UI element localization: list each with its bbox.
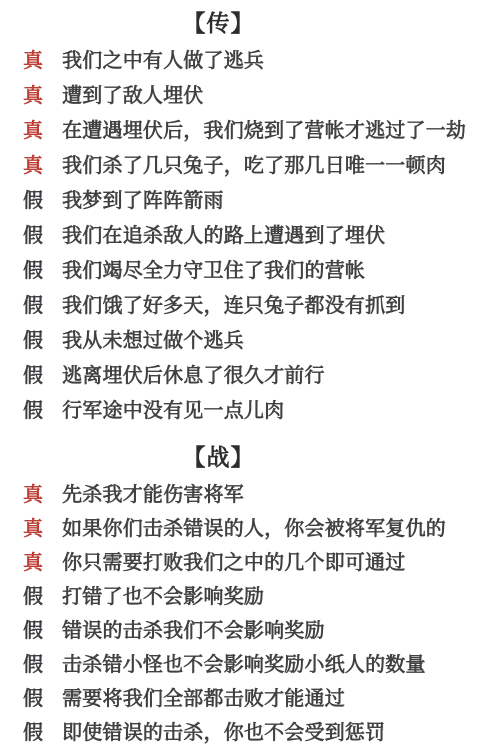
statement-text: 需要将我们全部都击败才能通过	[62, 686, 345, 710]
truth-badge: 真	[23, 545, 47, 579]
truth-badge: 真	[23, 78, 47, 112]
statement-text: 在遭遇埋伏后，我们烧到了营帐才逃过了一劫	[62, 118, 466, 142]
truth-badge: 真	[23, 511, 47, 545]
truth-badge: 真	[23, 113, 47, 147]
statement-text: 你只需要打败我们之中的几个即可通过	[62, 550, 405, 574]
truth-badge: 假	[23, 613, 47, 647]
statement-text: 我们饿了好多天，连只兔子都没有抓到	[62, 293, 405, 317]
statement-row: 真 我们之中有人做了逃兵	[0, 42, 481, 77]
statement-text: 我们之中有人做了逃兵	[62, 48, 264, 72]
statement-row: 假 行军途中没有见一点儿肉	[0, 392, 481, 427]
section-rows: 真 先杀我才能伤害将军 真 如果你们击杀错误的人，你会被将军复仇的 真 你只需要…	[0, 476, 481, 745]
section-title: 【战】	[0, 441, 459, 476]
statement-row: 真 如果你们击杀错误的人，你会被将军复仇的	[0, 510, 481, 544]
truth-badge: 假	[23, 358, 47, 392]
statement-text: 如果你们击杀错误的人，你会被将军复仇的	[62, 516, 446, 540]
statement-row: 假 打错了也不会影响奖励	[0, 578, 481, 612]
statement-row: 真 先杀我才能伤害将军	[0, 476, 481, 510]
statement-text: 行军途中没有见一点儿肉	[62, 398, 284, 422]
statement-row: 假 击杀错小怪也不会影响奖励小纸人的数量	[0, 646, 481, 680]
statement-row: 假 我们饿了好多天，连只兔子都没有抓到	[0, 287, 481, 322]
statement-text: 先杀我才能伤害将军	[62, 482, 244, 506]
statement-row: 真 我们杀了几只兔子，吃了那几日唯一一顿肉	[0, 147, 481, 182]
statement-text: 我们在追杀敌人的路上遭遇到了埋伏	[62, 223, 385, 247]
truth-badge: 假	[23, 288, 47, 322]
truth-badge: 假	[23, 323, 47, 357]
truth-badge: 假	[23, 393, 47, 427]
statement-text: 错误的击杀我们不会影响奖励	[62, 618, 325, 642]
truth-badge: 假	[23, 218, 47, 252]
truth-badge: 假	[23, 647, 47, 681]
statement-text: 即使错误的击杀，你也不会受到惩罚	[62, 720, 385, 744]
truth-badge: 假	[23, 681, 47, 715]
statement-text: 打错了也不会影响奖励	[62, 584, 264, 608]
statement-text: 我们竭尽全力守卫住了我们的营帐	[62, 258, 365, 282]
statement-row: 假 我从未想过做个逃兵	[0, 322, 481, 357]
section-rows: 真 我们之中有人做了逃兵 真 遭到了敌人埋伏 真 在遭遇埋伏后，我们烧到了营帐才…	[0, 42, 481, 427]
truth-badge: 真	[23, 477, 47, 511]
section-title: 【传】	[0, 7, 459, 42]
statement-row: 假 错误的击杀我们不会影响奖励	[0, 612, 481, 646]
truth-badge: 假	[23, 579, 47, 613]
statement-row: 假 需要将我们全部都击败才能通过	[0, 680, 481, 714]
statement-row: 真 你只需要打败我们之中的几个即可通过	[0, 544, 481, 578]
truth-badge: 假	[23, 715, 47, 745]
statement-row: 假 我梦到了阵阵箭雨	[0, 182, 481, 217]
statement-text: 遭到了敌人埋伏	[62, 83, 203, 107]
truth-badge: 假	[23, 183, 47, 217]
statement-text: 我们杀了几只兔子，吃了那几日唯一一顿肉	[62, 153, 446, 177]
truth-badge: 真	[23, 43, 47, 77]
truth-statement-page: 【传】 真 我们之中有人做了逃兵 真 遭到了敌人埋伏 真 在遭遇埋伏后，我们烧到…	[0, 0, 481, 745]
statement-section: 【战】 真 先杀我才能伤害将军 真 如果你们击杀错误的人，你会被将军复仇的 真 …	[0, 441, 481, 745]
statement-row: 假 逃离埋伏后休息了很久才前行	[0, 357, 481, 392]
statement-text: 逃离埋伏后休息了很久才前行	[62, 363, 325, 387]
statement-row: 真 遭到了敌人埋伏	[0, 77, 481, 112]
truth-badge: 真	[23, 148, 47, 182]
statement-row: 假 我们竭尽全力守卫住了我们的营帐	[0, 252, 481, 287]
statement-text: 击杀错小怪也不会影响奖励小纸人的数量	[62, 652, 426, 676]
statement-text: 我梦到了阵阵箭雨	[62, 188, 224, 212]
truth-badge: 假	[23, 253, 47, 287]
statement-row: 真 在遭遇埋伏后，我们烧到了营帐才逃过了一劫	[0, 112, 481, 147]
statement-section: 【传】 真 我们之中有人做了逃兵 真 遭到了敌人埋伏 真 在遭遇埋伏后，我们烧到…	[0, 7, 481, 427]
statement-row: 假 即使错误的击杀，你也不会受到惩罚	[0, 714, 481, 745]
statement-row: 假 我们在追杀敌人的路上遭遇到了埋伏	[0, 217, 481, 252]
statement-text: 我从未想过做个逃兵	[62, 328, 244, 352]
